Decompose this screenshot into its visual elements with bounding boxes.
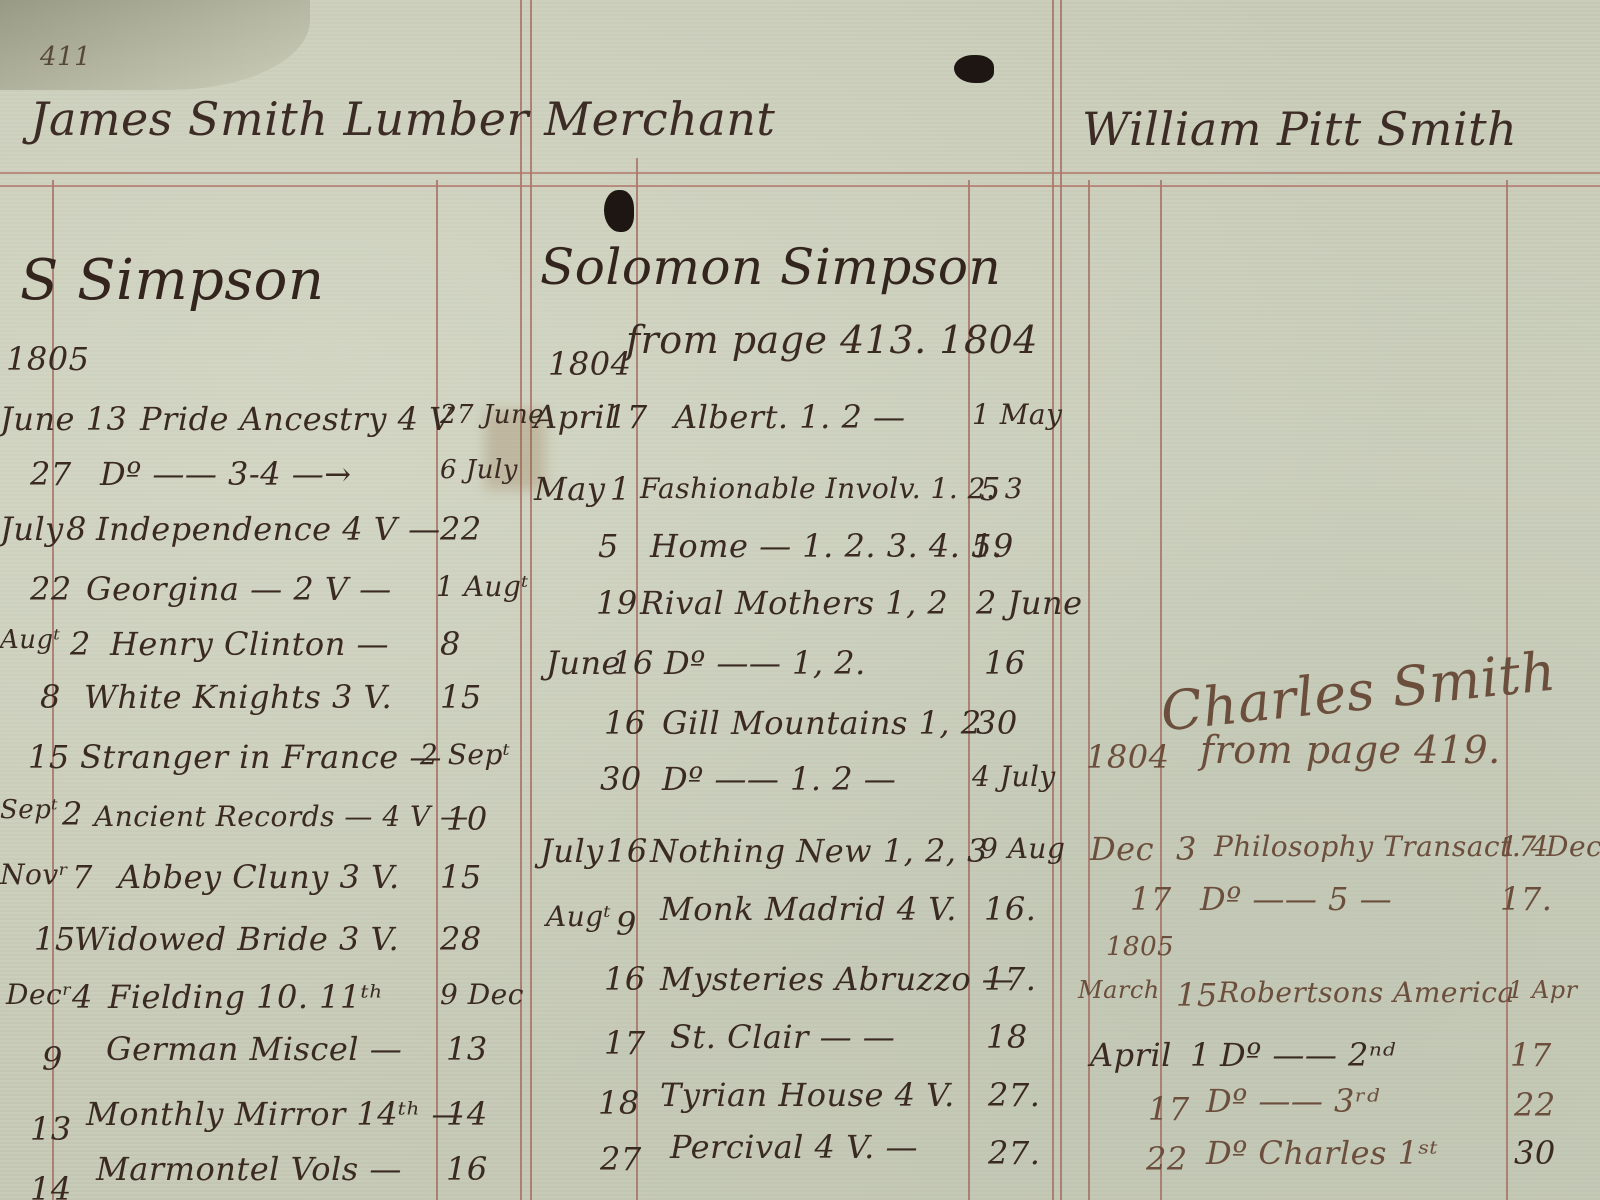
rule-horizontal [0, 172, 1600, 174]
header-right-name: William Pitt Smith [1082, 102, 1517, 156]
entry-month: Sepᵗ [0, 795, 58, 825]
account-subtitle: from page 419. [1200, 728, 1501, 772]
entry-day: 14 [30, 1170, 72, 1200]
entry-item: Pride Ancestry 4 V [140, 400, 453, 438]
entry-day: 8 [40, 678, 61, 716]
entry-return: 9 Dec [440, 978, 524, 1011]
entry-return: 30 [1514, 1134, 1556, 1172]
year-label: 1805 [6, 340, 89, 378]
entry-item: Dº —— 1. 2 — [662, 760, 896, 798]
entry-day: 16 [604, 704, 646, 742]
entry-item: German Miscel — [106, 1030, 402, 1068]
entry-item: Gill Mountains 1, 2 [662, 704, 982, 742]
entry-return: 4 July [972, 760, 1056, 793]
entry-item: Monk Madrid 4 V. [660, 890, 957, 928]
rule-vertical [530, 0, 532, 1200]
entry-item: Marmontel Vols — [96, 1150, 402, 1188]
entry-day: 16 [606, 832, 648, 870]
entry-day: 17 [1148, 1090, 1190, 1128]
entry-day: 16 [604, 960, 646, 998]
entry-return: 17 [1510, 1036, 1552, 1074]
entry-item: St. Clair — — [670, 1018, 895, 1056]
entry-month: July [0, 510, 64, 548]
entry-day: 15 [34, 920, 76, 958]
entry-item: Abbey Cluny 3 V. [118, 858, 400, 896]
entry-return: 6 July [440, 455, 518, 485]
entry-item: Mysteries Abruzzo — [660, 960, 1014, 998]
entry-item: Home — 1. 2. 3. 4. 5. [650, 527, 1003, 565]
entry-day: 18 [598, 1084, 640, 1122]
entry-month: Dec [1090, 830, 1154, 868]
entry-return: 17. [1500, 880, 1552, 918]
entry-item: Stranger in France — [80, 738, 442, 776]
rule-horizontal [0, 185, 1600, 187]
entry-return: 16. [984, 890, 1036, 928]
entry-item: Robertsons America [1218, 976, 1515, 1009]
entry-item: Dº —— 5 — [1200, 880, 1392, 918]
entry-day: 5 [598, 527, 619, 565]
ledger-page: 411 James Smith Lumber Merchant William … [0, 0, 1600, 1200]
entry-return: 27. [988, 1134, 1040, 1172]
year-label: 1805 [1106, 932, 1174, 962]
entry-return: 16 [984, 644, 1026, 682]
entry-day: 27 [600, 1140, 642, 1178]
entry-return: 8 [440, 625, 461, 663]
entry-item: Dº —— 1, 2. [664, 644, 866, 682]
entry-month: July [540, 832, 604, 870]
entry-month: April [1090, 1036, 1172, 1074]
entry-item: Dº —— 2ⁿᵈ [1220, 1036, 1396, 1074]
entry-return: 15 [440, 858, 482, 896]
entry-day: 4 [72, 978, 93, 1016]
entry-day: 16 [612, 644, 654, 682]
entry-return: 28 [440, 920, 482, 958]
entry-day: 15 [1176, 976, 1218, 1014]
entry-day: 8 [66, 510, 87, 548]
account-title: Solomon Simpson [540, 238, 1001, 296]
entry-return: 9 Aug [980, 832, 1065, 865]
entry-day: 30 [600, 760, 642, 798]
entry-return: 15 [440, 678, 482, 716]
entry-day: 15 [28, 738, 70, 776]
entry-item: Rival Mothers 1, 2 [640, 584, 948, 622]
entry-day: 1 [610, 470, 631, 508]
entry-item: Tyrian House 4 V. [660, 1076, 955, 1114]
entry-day: 7 [72, 858, 93, 896]
entry-item: Percival 4 V. — [670, 1128, 918, 1166]
entry-day: 17 [604, 1024, 646, 1062]
ledger-entry: June 13 [0, 400, 127, 438]
entry-return: 2 June [976, 584, 1083, 622]
entry-item: Georgina — 2 V — [86, 570, 392, 608]
entry-item: Dº —— 3ʳᵈ [1206, 1082, 1380, 1120]
entry-return: 1 Augᵗ [436, 570, 529, 603]
entry-month: Decʳ [6, 978, 72, 1011]
entry-month: Augᵗ [546, 900, 611, 933]
entry-item: Independence 4 V — [96, 510, 441, 548]
entry-item: Nothing New 1, 2, 3 [650, 832, 988, 870]
entry-return: 14 [446, 1095, 488, 1133]
entry-day: 22 [1146, 1140, 1188, 1178]
ink-blot [954, 55, 994, 83]
entry-return: 22 [1514, 1086, 1556, 1124]
entry-item: Widowed Bride 3 V. [74, 920, 399, 958]
entry-day: 2 [62, 795, 83, 833]
entry-item: Albert. 1. 2 — [674, 398, 906, 436]
entry-month: March [1078, 976, 1160, 1004]
year-label: 1804 [1086, 738, 1169, 776]
entry-return: 16 [446, 1150, 488, 1188]
entry-return: 10 [446, 800, 488, 838]
entry-day: 27 [30, 455, 72, 493]
page-number-fragment: 411 [40, 42, 91, 72]
ink-blot [604, 190, 634, 232]
entry-item: Dº Charles 1ˢᵗ [1206, 1134, 1438, 1172]
entry-day: 3 [1176, 830, 1197, 868]
entry-return: 1 Apr [1508, 976, 1578, 1004]
account-title: S Simpson [20, 248, 324, 313]
entry-day: 2 [70, 625, 91, 663]
entry-item: Philosophy Transact. 4 [1214, 830, 1549, 863]
entry-return: 27 June [440, 400, 544, 430]
entry-return: 1 May [972, 398, 1062, 431]
entry-item: Fielding 10. 11ᵗʰ [108, 978, 384, 1016]
entry-month: May [534, 470, 605, 508]
entry-month: Novʳ [0, 858, 69, 891]
entry-month: Augᵗ [0, 625, 61, 655]
entry-item: Fashionable Involv. 1. 2. 3 [640, 472, 1023, 505]
entry-month: April [534, 398, 616, 436]
entry-day: 9 [616, 905, 637, 943]
entry-return: 30 [976, 704, 1018, 742]
entry-day: 1 [1190, 1036, 1211, 1074]
entry-return: 19 [972, 527, 1014, 565]
entry-item: Henry Clinton — [110, 625, 389, 663]
entry-item: White Knights 3 V. [84, 678, 392, 716]
entry-day: 9 [42, 1040, 63, 1078]
entry-return: 18 [986, 1018, 1028, 1056]
entry-item: Ancient Records — 4 V — [94, 800, 469, 833]
entry-day: 17 [606, 398, 648, 436]
entry-return: 2 Sepᵗ [420, 738, 510, 771]
year-label: 1804 [548, 345, 631, 383]
entry-item: Monthly Mirror 14ᵗʰ — [86, 1095, 464, 1133]
entry-return: 27. [988, 1076, 1040, 1114]
account-subtitle: from page 413. 1804 [626, 318, 1038, 362]
entry-return: 5 [980, 470, 1001, 508]
rule-vertical [436, 180, 438, 1200]
entry-return: 17. [984, 960, 1036, 998]
entry-day: 19 [596, 584, 638, 622]
entry-return: 17 Dec [1500, 830, 1600, 863]
header-left-name: James Smith Lumber Merchant [30, 92, 775, 146]
entry-day: 13 [30, 1110, 72, 1148]
entry-month: June [546, 644, 621, 682]
entry-return: 13 [446, 1030, 488, 1068]
entry-item: Dº —— 3-4 —→ [100, 455, 352, 493]
entry-return: 22 [440, 510, 482, 548]
entry-day: 17 [1130, 880, 1172, 918]
entry-day: 22 [30, 570, 72, 608]
